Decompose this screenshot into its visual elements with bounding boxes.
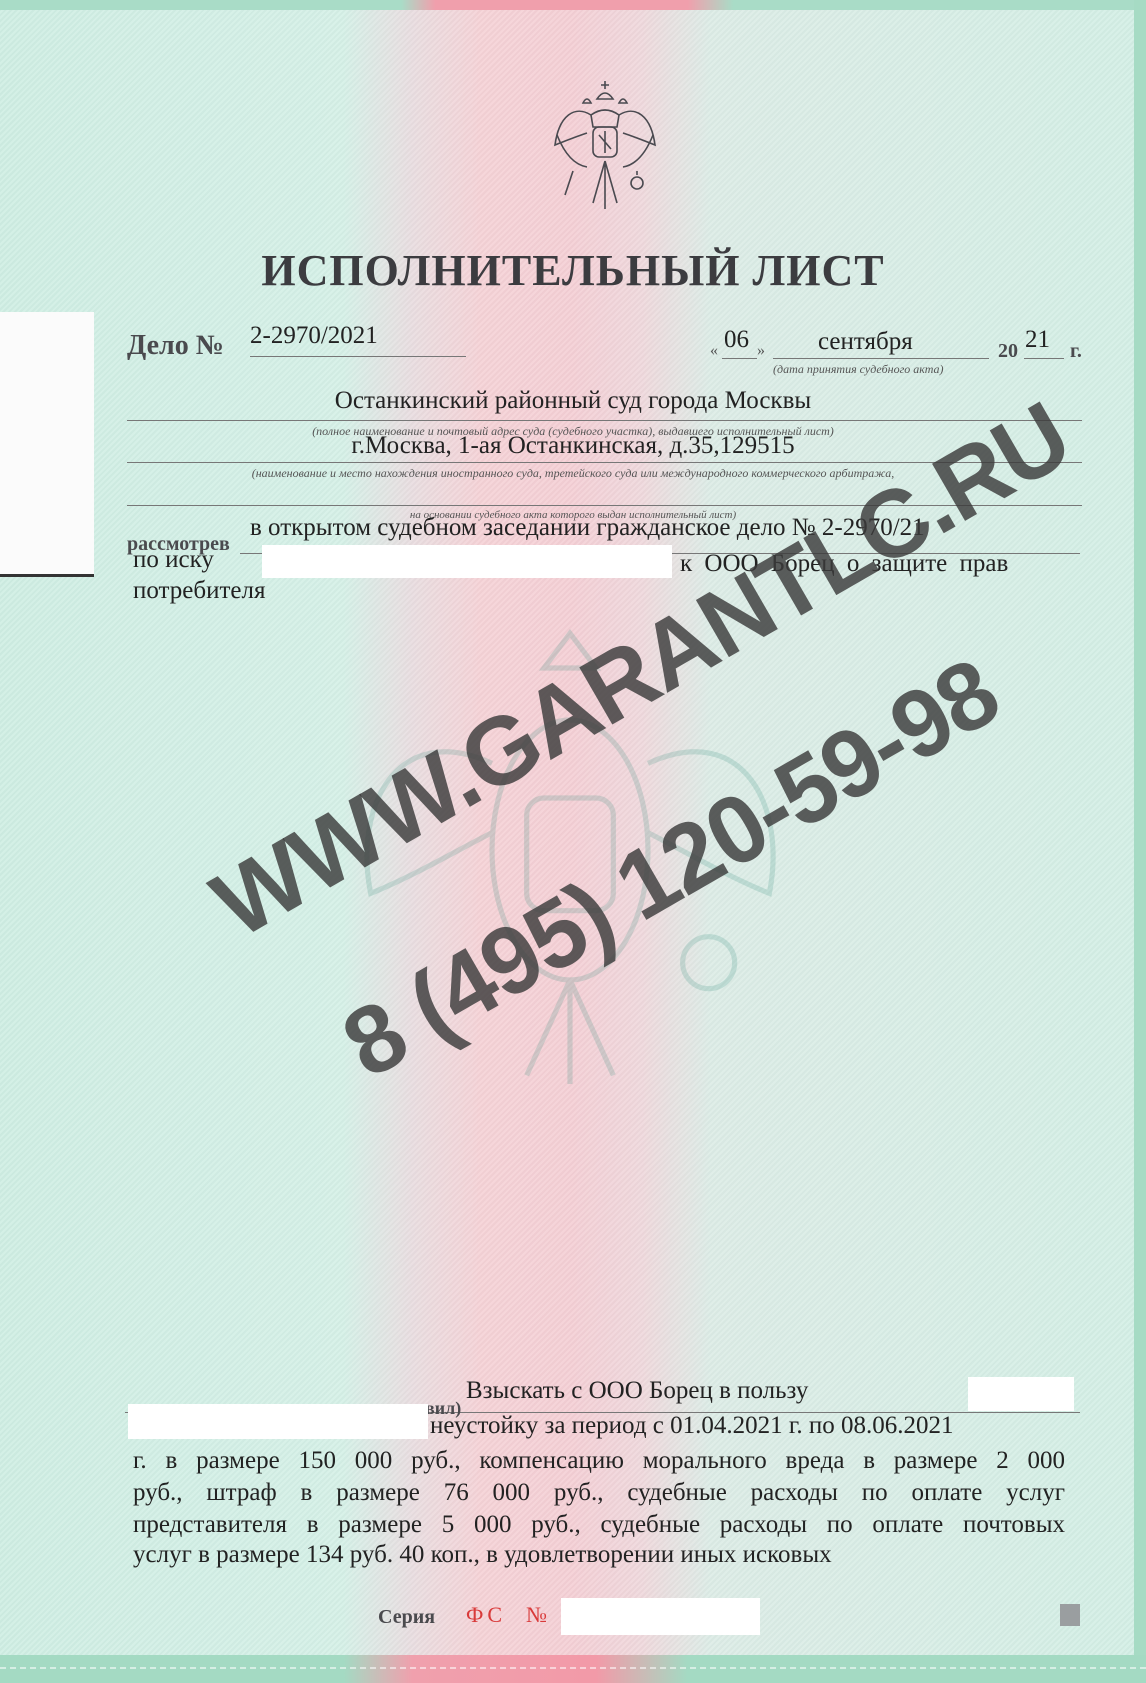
date-open-quote: « xyxy=(710,342,718,360)
redacted-beneficiary xyxy=(968,1377,1074,1411)
year-rule xyxy=(1024,358,1064,359)
court-name: Останкинский районный суд города Москвы xyxy=(0,387,1146,415)
case-number: 2-2970/2021 xyxy=(250,322,378,350)
body-line-3: руб., штраф в размере 76 000 руб., судеб… xyxy=(133,1477,1065,1509)
bottom-border xyxy=(0,1655,1146,1683)
redacted-name xyxy=(128,1404,428,1439)
case-label: Дело № xyxy=(127,330,224,362)
collect-line: Взыскать с ООО Борец в пользу xyxy=(466,1377,808,1405)
month-rule xyxy=(773,358,989,359)
date-day: 06 xyxy=(724,326,749,354)
date-month: сентября xyxy=(818,328,913,356)
top-border xyxy=(0,0,1146,10)
series-label: Серия xyxy=(378,1606,435,1629)
body-line-5: услуг в размере 134 руб. 40 коп., в удов… xyxy=(133,1541,832,1569)
redacted-series-number xyxy=(561,1598,760,1635)
year-suffix: 21 xyxy=(1025,326,1050,354)
document-title: ИСПОЛНИТЕЛЬНЫЙ ЛИСТ xyxy=(0,245,1146,296)
year-unit: г. xyxy=(1070,340,1082,363)
body-line-2: г. в размере 150 000 руб., компенсацию м… xyxy=(133,1445,1065,1477)
day-rule xyxy=(722,358,757,359)
body-line-4: представителя в размере 5 000 руб., суде… xyxy=(133,1509,1065,1541)
corner-marker xyxy=(1060,1604,1080,1626)
redacted-plaintiff xyxy=(262,545,672,578)
date-caption: (дата принятия судебного акта) xyxy=(773,362,944,377)
date-close-quote: » xyxy=(757,342,765,360)
body-line-1: неустойку за период с 01.04.2021 г. по 0… xyxy=(430,1412,953,1440)
coat-of-arms-icon xyxy=(545,75,665,220)
number-sign: № xyxy=(526,1602,551,1628)
court-name-rule xyxy=(127,420,1082,421)
case-number-rule xyxy=(250,356,466,357)
series-value: ФС xyxy=(466,1602,506,1628)
claim-prefix: по иску xyxy=(133,546,214,574)
claim-line-2: потребителя xyxy=(133,577,265,605)
year-prefix: 20 xyxy=(998,340,1018,363)
